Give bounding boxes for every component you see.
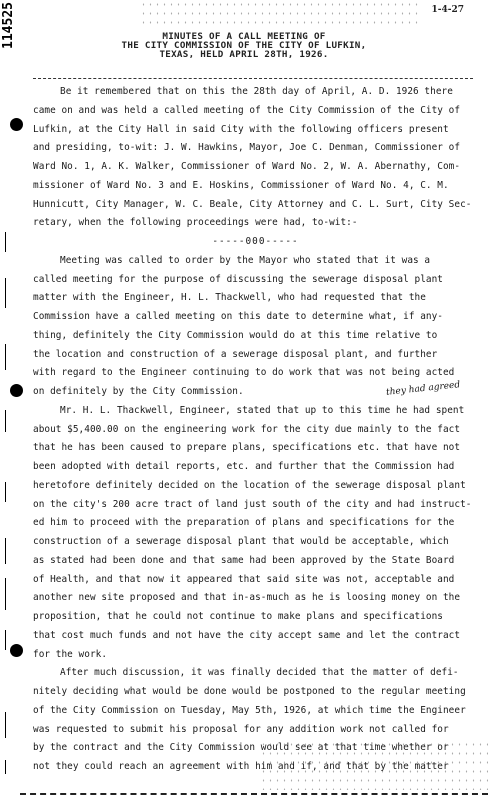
text-line: about $5,400.00 on the engineering work … — [33, 421, 478, 440]
text-line: as stated had been done and that same ha… — [33, 552, 478, 571]
text-line: ed him to proceed with the preparation o… — [33, 514, 478, 533]
text-line: Lufkin, at the City Hall in said City wi… — [33, 121, 478, 140]
text-line: the location and construction of a sewer… — [33, 346, 478, 365]
text-line: Be it remembered that on this the 28th d… — [33, 83, 478, 102]
text-line: not they could reach an agreement with h… — [33, 758, 478, 777]
text-line: construction of a sewerage disposal plan… — [33, 533, 478, 552]
text-line: After much discussion, it was finally de… — [33, 664, 478, 683]
punch-hole-icon — [10, 384, 23, 397]
text-line: of the City Commission on Tuesday, May 5… — [33, 702, 478, 721]
text-line: came on and was held a called meeting of… — [33, 102, 478, 121]
text-line: matter with the Engineer, H. L. Thackwel… — [33, 289, 478, 308]
text-line: retary, when the following proceedings w… — [33, 214, 478, 233]
text-line: Commission have a called meeting on this… — [33, 308, 478, 327]
text-line: heretofore definitely decided on the loc… — [33, 477, 478, 496]
document-heading: MINUTES OF A CALL MEETING OF THE CITY CO… — [0, 32, 488, 59]
margin-mark — [5, 344, 6, 370]
text-line: proposition, that he could not continue … — [33, 608, 478, 627]
margin-mark — [5, 538, 6, 564]
page-mark: 1-4-27 — [431, 5, 464, 15]
text-line: for the work. — [33, 646, 478, 665]
punch-hole-icon — [10, 644, 23, 657]
text-line: been adopted with detail reports, etc. a… — [33, 458, 478, 477]
text-line: called meeting for the purpose of discus… — [33, 271, 478, 290]
text-line: Ward No. 1, A. K. Walker, Commissioner o… — [33, 158, 478, 177]
scanned-document-page: 114525 1-4-27 MINUTES OF A CALL MEETING … — [0, 0, 488, 800]
text-line: another new site proposed and that in-as… — [33, 589, 478, 608]
text-line: missioner of Ward No. 3 and E. Hoskins, … — [33, 177, 478, 196]
text-line: thing, definitely the City Commission wo… — [33, 327, 478, 346]
margin-mark — [5, 232, 6, 252]
text-line: of Health, and that now it appeared that… — [33, 571, 478, 590]
margin-mark — [5, 482, 6, 502]
section-separator: -----000----- — [33, 233, 478, 252]
text-line: was requested to submit his proposal for… — [33, 721, 478, 740]
text-line: Meeting was called to order by the Mayor… — [33, 252, 478, 271]
scan-noise — [140, 0, 420, 30]
margin-mark — [5, 760, 6, 774]
text-line: nitely deciding what would be done would… — [33, 683, 478, 702]
text-line: that cost much funds and not have the ci… — [33, 627, 478, 646]
text-line: by the contract and the City Commission … — [33, 739, 478, 758]
text-line: Mr. H. L. Thackwell, Engineer, stated th… — [33, 402, 478, 421]
text-line: and presiding, to-wit: J. W. Hawkins, Ma… — [33, 139, 478, 158]
text-line: with regard to the Engineer continuing t… — [33, 364, 478, 383]
margin-mark — [5, 410, 6, 432]
margin-mark — [5, 630, 6, 650]
page-bottom-edge — [20, 793, 488, 797]
margin-mark — [5, 278, 6, 308]
document-body: Be it remembered that on this the 28th d… — [33, 83, 478, 777]
heading-divider — [33, 78, 473, 79]
text-line: on definitely by the City Commission. — [33, 383, 478, 402]
text-line: Hunnicutt, City Manager, W. C. Beale, Ci… — [33, 196, 478, 215]
margin-mark — [5, 712, 6, 738]
text-line: that he has been caused to prepare plans… — [33, 439, 478, 458]
heading-line: TEXAS, HELD APRIL 28TH, 1926. — [0, 50, 488, 59]
text-line: on the city's 200 acre tract of land jus… — [33, 496, 478, 515]
margin-mark — [5, 578, 6, 610]
punch-hole-icon — [10, 118, 23, 131]
